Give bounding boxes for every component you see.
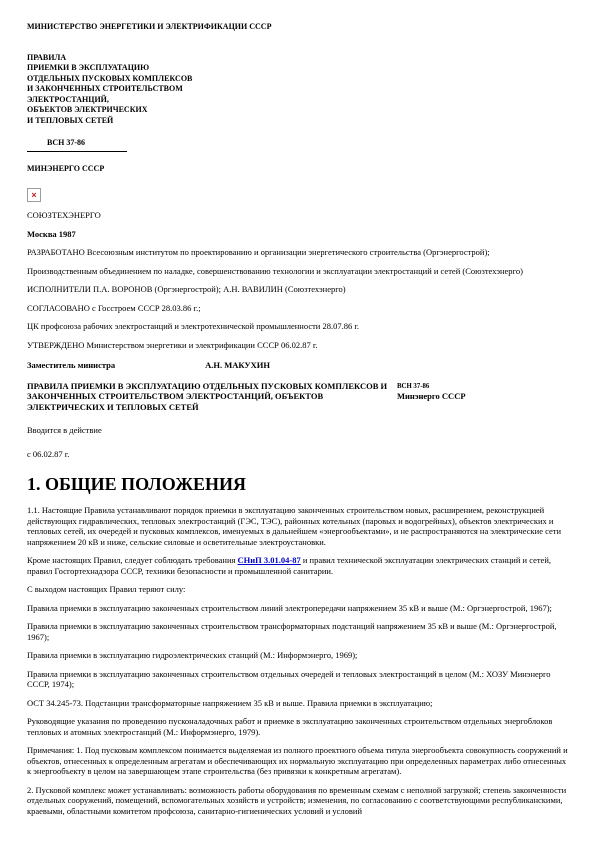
superseded-item: Правила приемки в эксплуатацию законченн… bbox=[27, 621, 570, 642]
city-year-line: Москва 1987 bbox=[27, 229, 570, 240]
agreed-line: СОГЛАСОВАНО с Госстроем СССР 28.03.86 г.… bbox=[27, 303, 570, 314]
deputy-minister-name: А.Н. МАКУХИН bbox=[205, 360, 270, 370]
title-line: ПРИЕМКИ В ЭКСПЛУАТАЦИЮ bbox=[27, 63, 570, 74]
doc-code-row: ВСН 37-86 bbox=[27, 137, 570, 152]
minenergo-line: МИНЭНЕРГО СССР bbox=[27, 164, 570, 175]
deputy-minister-label: Заместитель министра bbox=[27, 360, 203, 371]
title-line: ОТДЕЛЬНЫХ ПУСКОВЫХ КОМПЛЕКСОВ bbox=[27, 74, 570, 85]
title-banner-org: Минэнерго СССР bbox=[397, 391, 466, 401]
broken-image-icon: × bbox=[27, 188, 41, 202]
title-banner-ref: ВСН 37-86 Минэнерго СССР bbox=[397, 381, 466, 413]
krome-text-before: Кроме настоящих Правил, следует соблюдат… bbox=[27, 555, 238, 565]
soyuztechenergo-line: СОЮЗТЕХЭНЕРГО bbox=[27, 210, 570, 221]
title-banner-code: ВСН 37-86 bbox=[397, 382, 466, 391]
paragraph-1-1: 1.1. Настоящие Правила устанавливают пор… bbox=[27, 505, 570, 547]
executors-line: ИСПОЛНИТЕЛИ П.А. ВОРОНОВ (Оргэнергострой… bbox=[27, 284, 570, 295]
title-banner: ПРАВИЛА ПРИЕМКИ В ЭКСПЛУАТАЦИЮ ОТДЕЛЬНЫХ… bbox=[27, 381, 570, 413]
document-title: ПРАВИЛА ПРИЕМКИ В ЭКСПЛУАТАЦИЮ ОТДЕЛЬНЫХ… bbox=[27, 53, 570, 127]
agreed-line-2: ЦК профсоюза рабочих электростанций и эл… bbox=[27, 321, 570, 332]
title-line: И ЗАКОНЧЕННЫХ СТРОИТЕЛЬСТВОМ bbox=[27, 84, 570, 95]
doc-code: ВСН 37-86 bbox=[27, 138, 127, 152]
broken-image-x-glyph: × bbox=[28, 189, 40, 201]
superseded-item: Руководящие указания по проведению пуско… bbox=[27, 716, 570, 737]
snip-link[interactable]: СНиП 3.01.04-87 bbox=[238, 555, 301, 565]
section-1-heading: 1. ОБЩИЕ ПОЛОЖЕНИЯ bbox=[27, 474, 570, 494]
superseded-item: Правила приемки в эксплуатацию законченн… bbox=[27, 669, 570, 690]
superseded-item: Правила приемки в эксплуатацию законченн… bbox=[27, 603, 570, 614]
developed-line-2: Производственным объединением по наладке… bbox=[27, 266, 570, 277]
lose-force-intro: С выходом настоящих Правил теряют силу: bbox=[27, 584, 570, 595]
approved-line: УТВЕРЖДЕНО Министерством энергетики и эл… bbox=[27, 340, 570, 351]
superseded-item: ОСТ 34.245-73. Подстанции трансформаторн… bbox=[27, 698, 570, 709]
effective-line-1: Вводится в действие bbox=[27, 425, 570, 436]
signature-row: Заместитель министра А.Н. МАКУХИН bbox=[27, 360, 570, 371]
title-line: ОБЪЕКТОВ ЭЛЕКТРИЧЕСКИХ bbox=[27, 105, 570, 116]
title-line: ПРАВИЛА bbox=[27, 53, 570, 64]
effective-line-2: с 06.02.87 г. bbox=[27, 449, 570, 460]
superseded-item: Правила приемки в эксплуатацию гидроэлек… bbox=[27, 650, 570, 661]
developed-line: РАЗРАБОТАНО Всесоюзным институтом по про… bbox=[27, 247, 570, 258]
ministry-header: МИНИСТЕРСТВО ЭНЕРГЕТИКИ И ЭЛЕКТРИФИКАЦИИ… bbox=[27, 22, 570, 33]
paragraph-krome: Кроме настоящих Правил, следует соблюдат… bbox=[27, 555, 570, 576]
title-line: ЭЛЕКТРОСТАНЦИЙ, bbox=[27, 95, 570, 106]
document-page: МИНИСТЕРСТВО ЭНЕРГЕТИКИ И ЭЛЕКТРИФИКАЦИИ… bbox=[0, 0, 595, 842]
title-line: И ТЕПЛОВЫХ СЕТЕЙ bbox=[27, 116, 570, 127]
title-banner-text: ПРАВИЛА ПРИЕМКИ В ЭКСПЛУАТАЦИЮ ОТДЕЛЬНЫХ… bbox=[27, 381, 393, 413]
note-1: Примечания: 1. Под пусковым комплексом п… bbox=[27, 745, 570, 777]
note-2: 2. Пусковой комплекс может устанавливать… bbox=[27, 785, 570, 817]
